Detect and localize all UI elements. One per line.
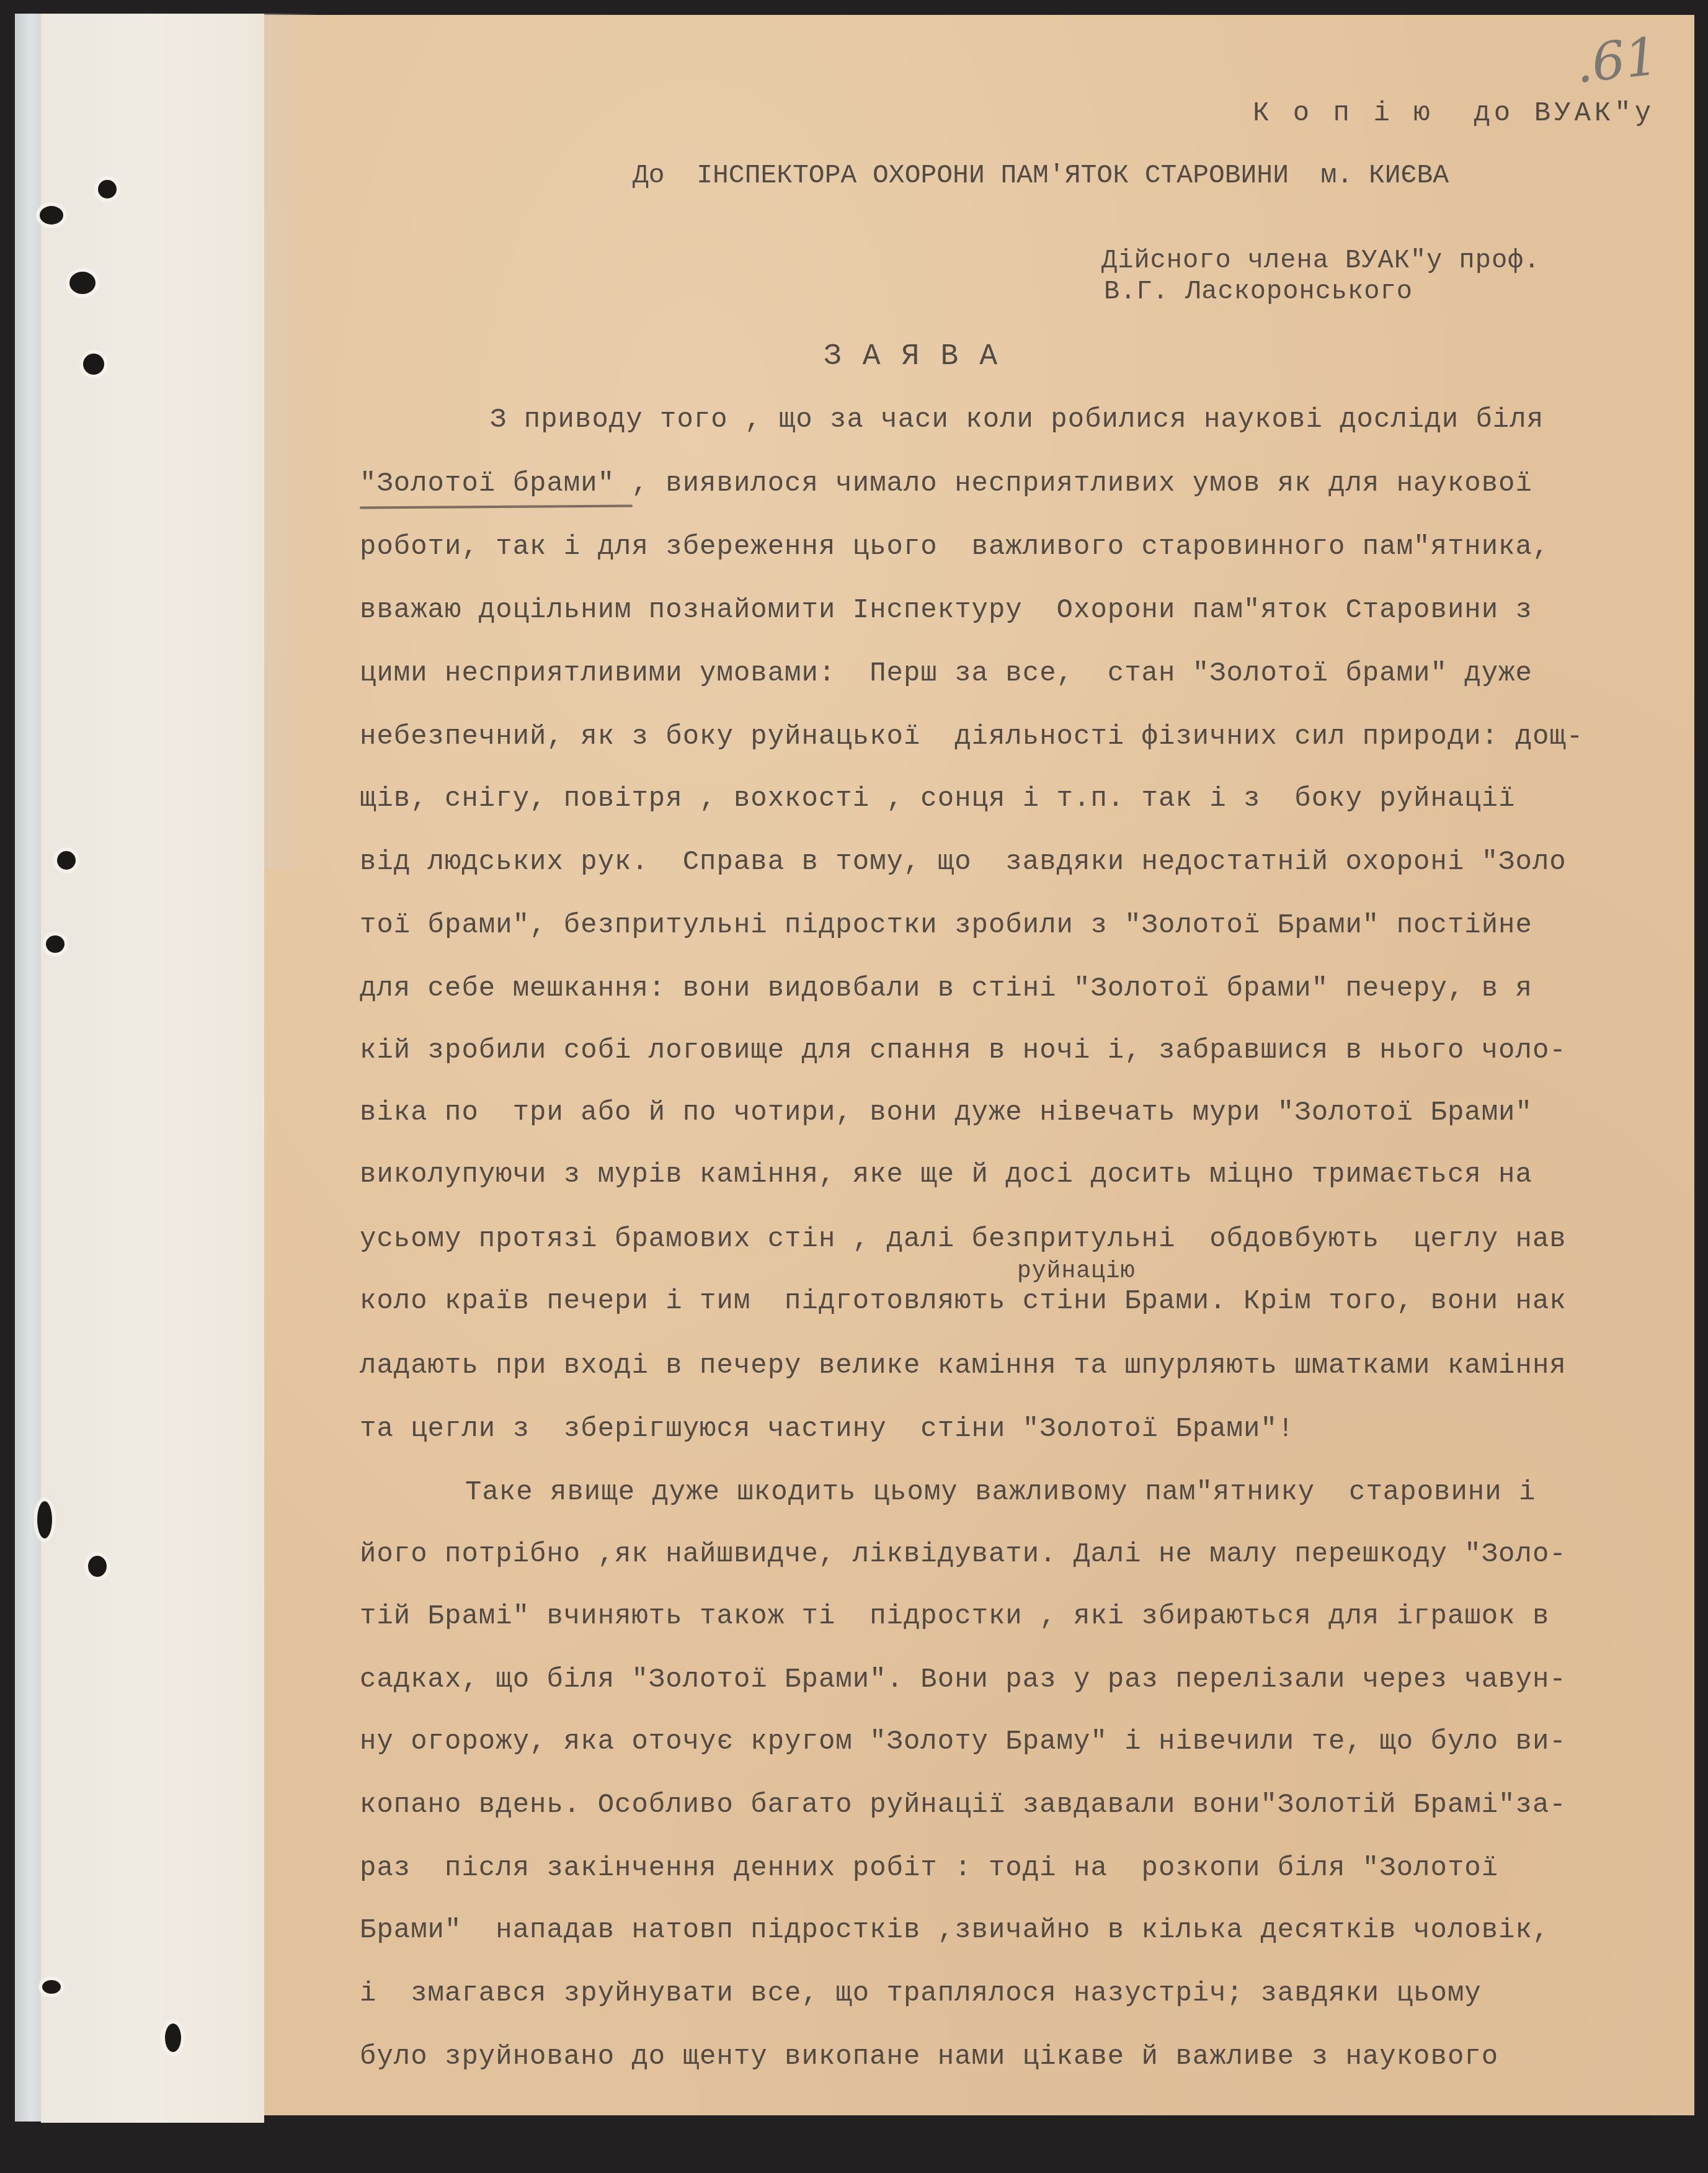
body-line: було зруйновано до щенту викопане нами ц… xyxy=(360,2043,1498,2071)
binding-shadow xyxy=(264,14,320,870)
punch-hole-icon xyxy=(46,935,64,953)
body-line: вважаю доцільним познайомити Інспектуру … xyxy=(360,597,1532,624)
body-line: і змагався зруйнувати все, що траплялося… xyxy=(360,1980,1482,2007)
page-number: .61 xyxy=(1572,25,1661,94)
body-line: роботи, так і для збереження цього важли… xyxy=(360,533,1549,561)
punch-hole-icon xyxy=(83,354,104,375)
body-line: тої брами", безпритульні підростки зроби… xyxy=(360,912,1532,939)
body-line: ладають при вході в печеру велике камінн… xyxy=(360,1352,1567,1380)
punch-hole-icon xyxy=(37,1501,52,1538)
punch-hole-icon xyxy=(42,1980,61,1994)
addressee-line: До ІНСПЕКТОРА ОХОРОНИ ПАМ'ЯТОК СТАРОВИНИ… xyxy=(633,160,1449,190)
body-line: цими несприятливими умовами: Перш за все… xyxy=(360,660,1532,687)
body-line: від людських рук. Справа в тому, що завд… xyxy=(360,849,1567,876)
body-line: Брами" нападав натовп підростків ,звичай… xyxy=(360,1917,1549,1944)
punch-hole-icon xyxy=(165,2024,181,2052)
body-line: щів, снігу, повітря , вохкості , сонця і… xyxy=(360,785,1516,813)
body-line: віка по три або й по чотири, вони дуже н… xyxy=(360,1099,1532,1127)
body-line: усьому протязі брамових стін , далі безп… xyxy=(360,1226,1567,1253)
punch-hole-icon xyxy=(88,1556,107,1577)
sender-line-1: Дійсного члена ВУАК"у проф. xyxy=(1101,246,1541,275)
body-line: та цегли з зберігшуюся частину стіни "Зо… xyxy=(360,1416,1294,1443)
binding-strip xyxy=(41,14,264,2123)
body-line: копано вдень. Особливо багато руйнації з… xyxy=(360,1791,1567,1819)
punch-hole-icon xyxy=(69,272,96,294)
document-title: ЗАЯВА xyxy=(824,340,1018,373)
body-line: для себе мешкання: вони видовбали в стін… xyxy=(360,975,1532,1002)
copy-note: К о п і ю до ВУАК"у xyxy=(1253,98,1655,129)
punch-hole-icon xyxy=(98,180,117,199)
interlinear-insert: руйнацію xyxy=(1017,1258,1135,1285)
body-line: кій зробили собі логовище для спання в н… xyxy=(360,1037,1567,1064)
body-line: тій Брамі" вчиняють також ті підростки ,… xyxy=(360,1603,1549,1630)
body-line: "Золотої брами" , виявилося чимало неспр… xyxy=(360,470,1532,498)
body-line: садках, що біля "Золотої Брами". Вони ра… xyxy=(360,1666,1567,1693)
punch-hole-icon xyxy=(57,851,76,870)
body-line: Таке явище дуже шкодить цьому важливому … xyxy=(465,1479,1536,1506)
body-line: небезпечний, як з боку руйнацької діяльн… xyxy=(360,723,1583,751)
body-line: раз після закінчення денних робіт : тоді… xyxy=(360,1855,1498,1882)
body-line: коло країв печери і тим підготовляють ст… xyxy=(360,1288,1567,1315)
body-line: його потрібно ,як найшвидче, ліквідувати… xyxy=(360,1541,1567,1568)
sender-line-2: В.Г. Ласкоронського xyxy=(1104,277,1413,306)
body-line: ну огорожу, яка оточує кругом "Золоту Бр… xyxy=(360,1728,1567,1756)
punch-hole-icon xyxy=(40,206,63,225)
page-edge-strip xyxy=(15,14,42,2122)
body-line: З приводу того , що за часи коли робилис… xyxy=(490,406,1544,434)
body-line: виколупуючи з мурів каміння, яке ще й до… xyxy=(360,1161,1532,1189)
